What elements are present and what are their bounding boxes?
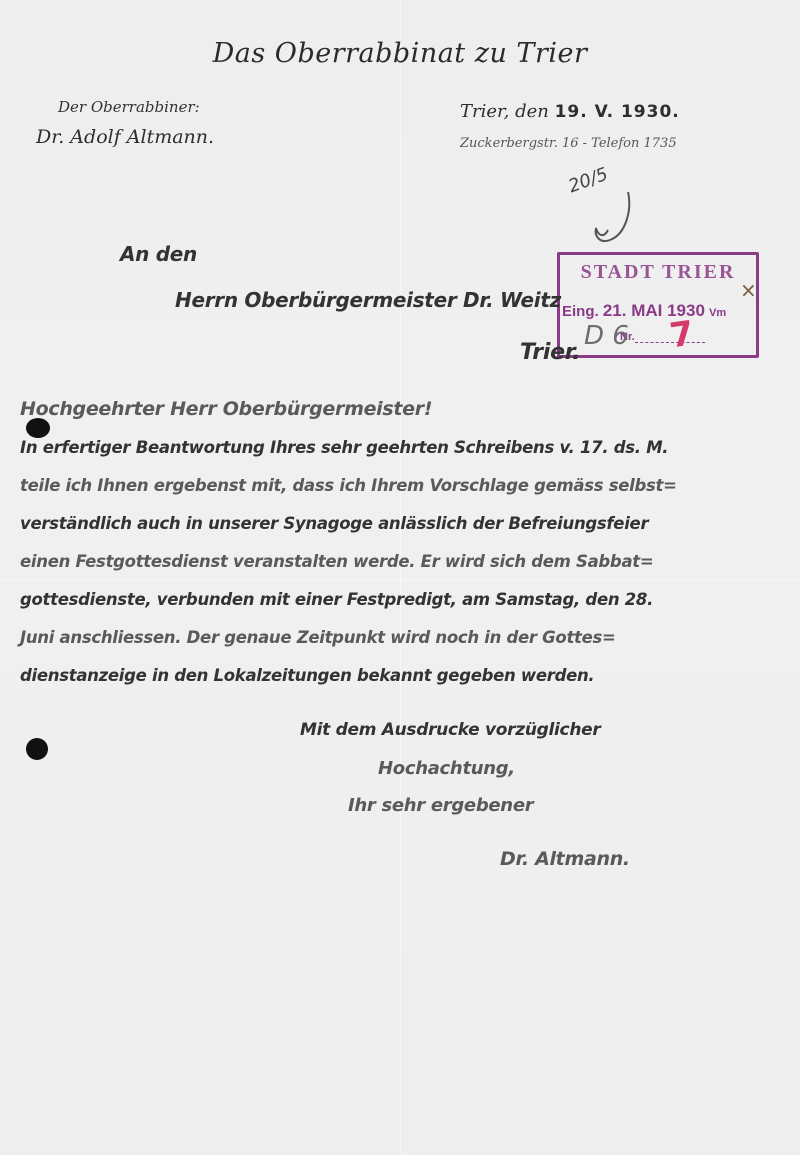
letter-page: Das Oberrabbinat zu Trier Der Oberrabbin… bbox=[0, 0, 800, 1155]
recipient-city: Trier. bbox=[520, 340, 580, 365]
stamp-received-suffix: Vm bbox=[709, 307, 726, 319]
body-line: dienstanzeige in den Lokalzeitungen beka… bbox=[20, 666, 594, 685]
punch-hole bbox=[26, 738, 48, 760]
closing-line: Mit dem Ausdrucke vorzüglicher bbox=[300, 720, 600, 740]
pencil-swoosh-icon bbox=[588, 190, 634, 246]
stamp-handwritten-number: D 6 bbox=[584, 321, 629, 351]
fold-crease-horizontal bbox=[0, 580, 800, 581]
body-line: gottesdienste, verbunden mit einer Festp… bbox=[20, 590, 653, 609]
rabbi-label: Der Oberrabbiner: bbox=[58, 98, 200, 116]
fold-crease-vertical bbox=[400, 0, 401, 1155]
stamp-received: Eing. 21. MAI 1930 Vm bbox=[562, 301, 726, 321]
address-to: An den bbox=[120, 242, 197, 266]
body-line: einen Festgottesdienst veranstalten werd… bbox=[20, 552, 653, 571]
place-date: Trier, den 19. V. 1930. bbox=[460, 101, 680, 122]
signature: Dr. Altmann. bbox=[500, 848, 630, 870]
body-line: teile ich Ihnen ergebenst mit, dass ich … bbox=[20, 476, 677, 495]
address-line: Zuckerbergstr. 16 - Telefon 1735 bbox=[460, 136, 677, 151]
place-prefix: Trier, den bbox=[460, 101, 549, 122]
cross-mark-icon: × bbox=[740, 278, 757, 302]
closing-line: Hochachtung, bbox=[378, 758, 515, 779]
body-line: Juni anschliessen. Der genaue Zeitpunkt … bbox=[20, 628, 616, 647]
rabbi-name: Dr. Adolf Altmann. bbox=[36, 126, 214, 148]
stamp-received-label: Eing. bbox=[562, 303, 599, 320]
stamp-title: STADT TRIER bbox=[560, 261, 756, 284]
letterhead-title: Das Oberrabbinat zu Trier bbox=[0, 38, 800, 69]
date-handwritten: 19. V. 1930. bbox=[555, 102, 680, 122]
received-stamp: STADT TRIER Eing. 21. MAI 1930 Vm Nr. D … bbox=[557, 252, 759, 358]
greeting: Hochgeehrter Herr Oberbürgermeister! bbox=[20, 398, 432, 420]
body-line: In erfertiger Beantwortung Ihres sehr ge… bbox=[20, 438, 668, 457]
recipient: Herrn Oberbürgermeister Dr. Weitz bbox=[175, 288, 561, 312]
closing-line: Ihr sehr ergebener bbox=[348, 795, 533, 816]
punch-hole bbox=[26, 418, 50, 438]
body-line: verständlich auch in unserer Synagoge an… bbox=[20, 514, 648, 533]
